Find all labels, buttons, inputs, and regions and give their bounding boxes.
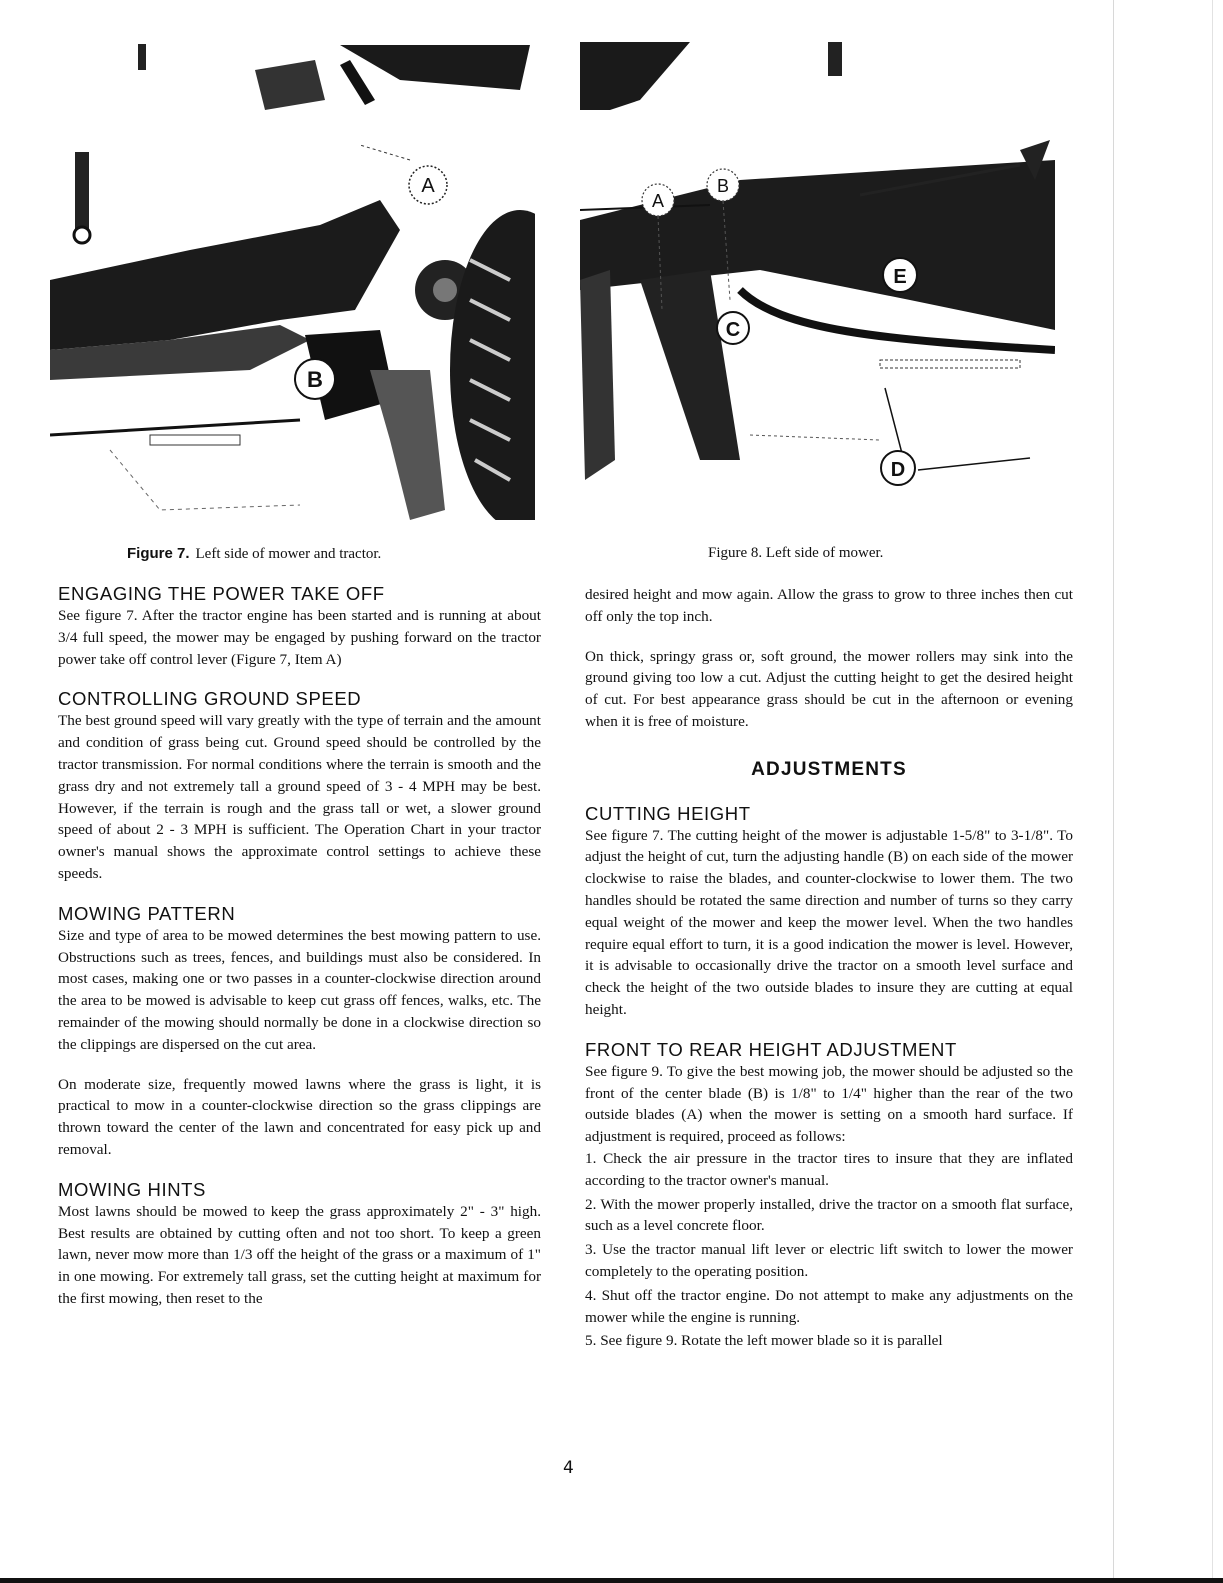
step-4: 4. Shut off the tractor engine. Do not a… [585,1285,1073,1329]
heading-mowing-hints: MOWING HINTS [58,1179,541,1201]
step-2: 2. With the mower properly installed, dr… [585,1194,1073,1238]
scan-bottom-edge [0,1578,1223,1583]
section-front-rear-adjustment: FRONT TO REAR HEIGHT ADJUSTMENT See figu… [585,1039,1073,1352]
section-engaging-pto: ENGAGING THE POWER TAKE OFF See figure 7… [58,583,541,670]
heading-ground-speed: CONTROLLING GROUND SPEED [58,688,541,710]
callout-b: B [717,176,729,196]
figure-8-image: A B C E D [580,40,1055,500]
section-mowing-hints: MOWING HINTS Most lawns should be mowed … [58,1179,541,1310]
section-cutting-height: CUTTING HEIGHT See figure 7. The cutting… [585,803,1073,1021]
figure-7-image: A B [50,40,535,520]
callout-e: E [893,266,906,288]
heading-cutting-height: CUTTING HEIGHT [585,803,1073,825]
mower-side-photo: A B C E D [580,40,1055,500]
scan-edge-line [1212,0,1213,1583]
section-ground-speed: CONTROLLING GROUND SPEED The best ground… [58,688,541,884]
heading-engaging-pto: ENGAGING THE POWER TAKE OFF [58,583,541,605]
paragraph-cutting-height: See figure 7. The cutting height of the … [585,825,1073,1021]
heading-front-rear-adjustment: FRONT TO REAR HEIGHT ADJUSTMENT [585,1039,1073,1061]
paragraph-thick-grass: On thick, springy grass or, soft ground,… [585,646,1073,733]
callout-a: A [652,191,664,211]
mower-tractor-photo: A B [50,40,535,520]
figure-8-label: Figure 8. [708,545,762,561]
step-1: 1. Check the air pressure in the tractor… [585,1148,1073,1192]
figure-7-caption-text: Left side of mower and tractor. [196,546,382,562]
figure-8-caption: Figure 8. Left side of mower. [708,545,883,562]
paragraph-mowing-pattern: Size and type of area to be mowed determ… [58,925,541,1056]
paragraph-mowing-pattern-2: On moderate size, frequently mowed lawns… [58,1074,541,1161]
section-mowing-pattern: MOWING PATTERN Size and type of area to … [58,903,541,1161]
step-5: 5. See figure 9. Rotate the left mower b… [585,1330,1073,1352]
figure-7-caption: Figure 7.Left side of mower and tractor. [127,545,381,563]
paragraph-front-rear-adjustment: See figure 9. To give the best mowing jo… [585,1061,1073,1148]
right-column: desired height and mow again. Allow the … [585,584,1073,1354]
paragraph-ground-speed: The best ground speed will vary greatly … [58,710,541,884]
page-number: 4 [563,1458,574,1478]
callout-b: B [307,367,323,392]
heading-mowing-pattern: MOWING PATTERN [58,903,541,925]
step-3: 3. Use the tractor manual lift lever or … [585,1239,1073,1283]
callout-c: C [726,319,740,341]
left-column: ENGAGING THE POWER TAKE OFF See figure 7… [58,583,541,1310]
heading-adjustments: ADJUSTMENTS [585,759,1073,781]
callout-a: A [421,175,435,197]
paragraph-mowing-hints: Most lawns should be mowed to keep the g… [58,1201,541,1310]
scan-edge-line [1113,0,1114,1583]
figure-7-label: Figure 7. [127,545,190,562]
paragraph-hints-continued: desired height and mow again. Allow the … [585,584,1073,628]
paragraph-engaging-pto: See figure 7. After the tractor engine h… [58,605,541,670]
callout-d: D [891,459,905,481]
figure-8-caption-text: Left side of mower. [766,545,883,561]
